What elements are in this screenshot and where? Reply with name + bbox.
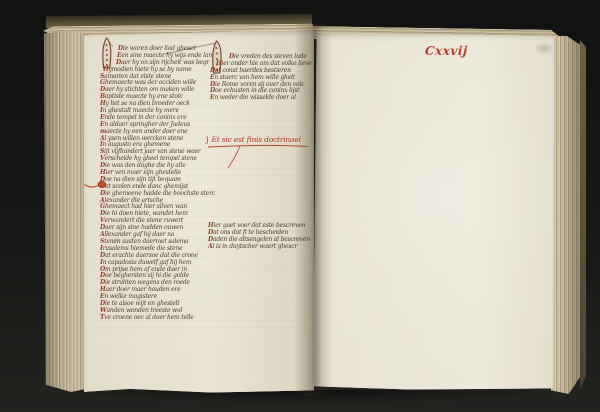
pencil-smudge (537, 45, 551, 52)
manuscript-photo: Die waren doer liod ghesetEen sine maect… (0, 0, 600, 412)
manuscript-line: En weder die wisselde doer al (210, 95, 314, 102)
rubric-underline-flourish-icon (206, 144, 310, 170)
left-block-fore-edge (44, 30, 89, 392)
text-column-2-lower: Hier gaet voer dat este bescrevenDat ons… (208, 223, 316, 251)
rubric-text: Et sic est finis doctrinael (211, 135, 300, 144)
rubricated-initial-icon (84, 178, 108, 191)
right-block-fore-edge (551, 36, 583, 394)
text-column-1: Die waren doer liod ghesetEen sine maect… (100, 46, 210, 322)
text-column-2-upper: Die vreden des steven ludeHier onder hie… (210, 54, 314, 102)
manuscript-line: Al is in duytscher waert ghescr (208, 244, 316, 251)
folio-number: Cxxvij (425, 44, 469, 58)
rubric-colophon: jEt sic est finis doctrinael (206, 127, 316, 170)
book-cover-right-edge (580, 40, 586, 390)
manuscript-line: Tve croene oec al doer hem telle (100, 315, 210, 322)
rubric-paraph-mark: j (206, 135, 208, 144)
right-page: Cxxvij (313, 33, 554, 392)
book-bottom-shadow (50, 390, 570, 404)
left-page: Die waren doer liod ghesetEen sine maect… (84, 30, 314, 394)
